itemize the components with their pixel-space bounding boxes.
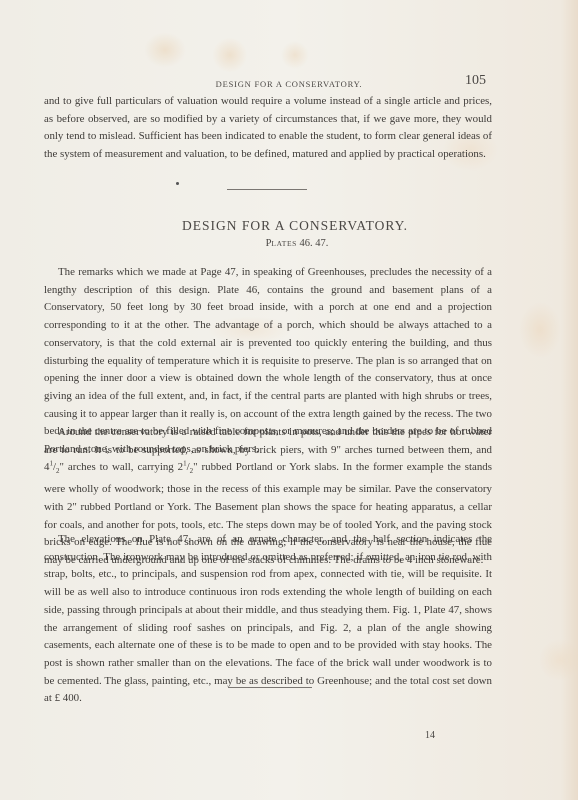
fraction-numerator: 1 [49, 460, 53, 468]
section-title: DESIGN FOR A CONSERVATORY. [0, 218, 578, 234]
paragraph-2-text-b: " arches to wall, carrying 2 [59, 461, 183, 473]
paragraph-3: The elevations on Plate 47, are of an or… [44, 531, 492, 708]
ink-speck [176, 182, 179, 185]
section-divider-bottom [228, 687, 312, 688]
paragraph-3-text: The elevations on Plate 47, are of an or… [44, 533, 492, 704]
book-page: DESIGN FOR A CONSERVATORY. 105 and to gi… [0, 0, 578, 800]
continuation-paragraph: and to give full particulars of valuatio… [44, 93, 492, 164]
page-number: 105 [465, 73, 486, 89]
plates-label-rest: LATES [271, 239, 297, 248]
section-divider-top [227, 189, 307, 190]
fraction-numerator: 1 [183, 460, 187, 468]
plates-numbers: 46. 47. [300, 238, 329, 249]
signature-mark: 14 [425, 730, 435, 741]
plates-reference: PLATES 46. 47. [0, 238, 578, 249]
running-head: DESIGN FOR A CONSERVATORY. [0, 79, 578, 89]
